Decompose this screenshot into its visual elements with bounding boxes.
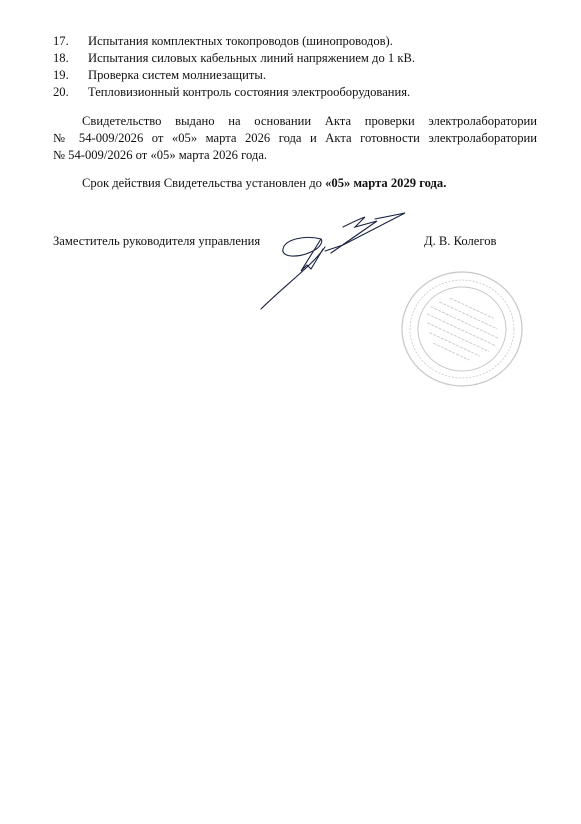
list-item-number: 19. xyxy=(53,67,88,84)
list-item: 18.Испытания силовых кабельных линий нап… xyxy=(53,50,537,67)
list-item: 20.Тепловизионный контроль состояния эле… xyxy=(53,84,537,101)
basis-line: № 54-009/2026 от «05» марта 2026 года и … xyxy=(53,130,537,147)
list-item-text: Испытания комплектных токопроводов (шино… xyxy=(88,34,393,48)
list-item-text: Испытания силовых кабельных линий напряж… xyxy=(88,51,415,65)
basis-line: Свидетельство выдано на основании Акта п… xyxy=(53,113,537,130)
list-item-text: Тепловизионный контроль состояния электр… xyxy=(88,85,410,99)
validity-date: «05» марта 2029 года. xyxy=(325,176,446,190)
basis-line: № 54-009/2026 от «05» марта 2026 года. xyxy=(53,147,537,164)
validity-prefix: Срок действия Свидетельства установлен д… xyxy=(82,176,325,190)
list-item-text: Проверка систем молниезащиты. xyxy=(88,68,266,82)
list-item: 19.Проверка систем молниезащиты. xyxy=(53,67,537,84)
document-page: 17.Испытания комплектных токопроводов (ш… xyxy=(0,0,581,824)
signer-name: Д. В. Колегов xyxy=(424,233,496,250)
list-item-number: 18. xyxy=(53,50,88,67)
validity-paragraph: Срок действия Свидетельства установлен д… xyxy=(82,175,446,192)
seal-stamp-icon xyxy=(398,268,526,390)
basis-paragraph: Свидетельство выдано на основании Акта п… xyxy=(53,113,537,164)
list-item-number: 17. xyxy=(53,33,88,50)
test-list: 17.Испытания комплектных токопроводов (ш… xyxy=(53,33,537,101)
signer-title: Заместитель руководителя управления xyxy=(53,233,260,250)
list-item-number: 20. xyxy=(53,84,88,101)
list-item: 17.Испытания комплектных токопроводов (ш… xyxy=(53,33,537,50)
